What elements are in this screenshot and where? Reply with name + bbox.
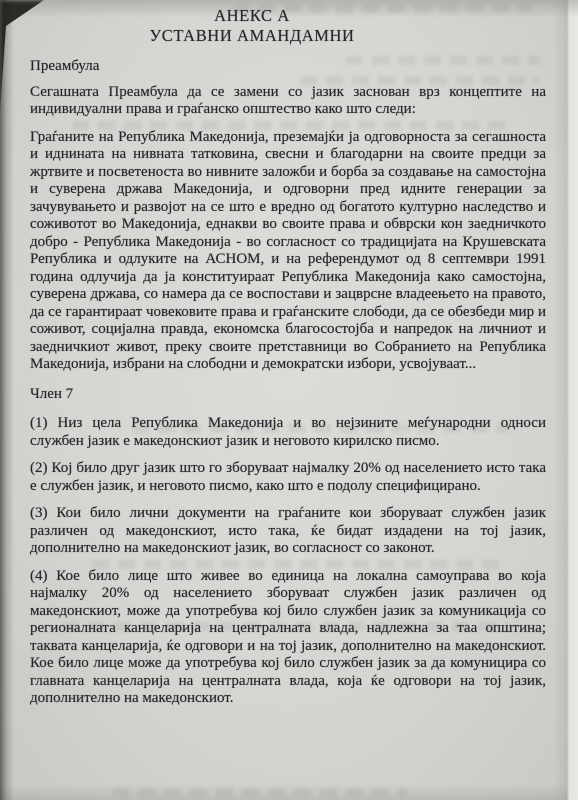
- article-7-clause-4: (4) Кое било лице што живее во единица н…: [30, 568, 546, 708]
- article-7-heading: Член 7: [30, 386, 546, 404]
- document-title-line2: УСТАВНИ АМАНДАМНИ: [30, 26, 474, 46]
- article-7-clause-1: (1) Низ цела Република Македонија и во н…: [30, 415, 546, 450]
- document-title-line1: АНЕКС А: [30, 6, 474, 26]
- document-page: АНЕКС А УСТАВНИ АМАНДАМНИ Преамбула Сега…: [30, 6, 546, 718]
- preamble-body-paragraph: Граѓаните на Република Македонија, презе…: [30, 129, 546, 374]
- article-7-clause-3: (3) Кои било лични документи на граѓанит…: [30, 505, 546, 558]
- preamble-intro-paragraph: Сегашната Преамбула да се замени со јази…: [30, 84, 546, 119]
- document-photo: АНЕКС А УСТАВНИ АМАНДАМНИ Преамбула Сега…: [0, 0, 578, 800]
- article-7-clause-2: (2) Кој било друг јазик што го зборуваат…: [30, 460, 546, 495]
- bleed-through-mark: [112, 788, 408, 797]
- preamble-heading: Преамбула: [30, 58, 546, 76]
- document-title: АНЕКС А УСТАВНИ АМАНДАМНИ: [30, 6, 546, 46]
